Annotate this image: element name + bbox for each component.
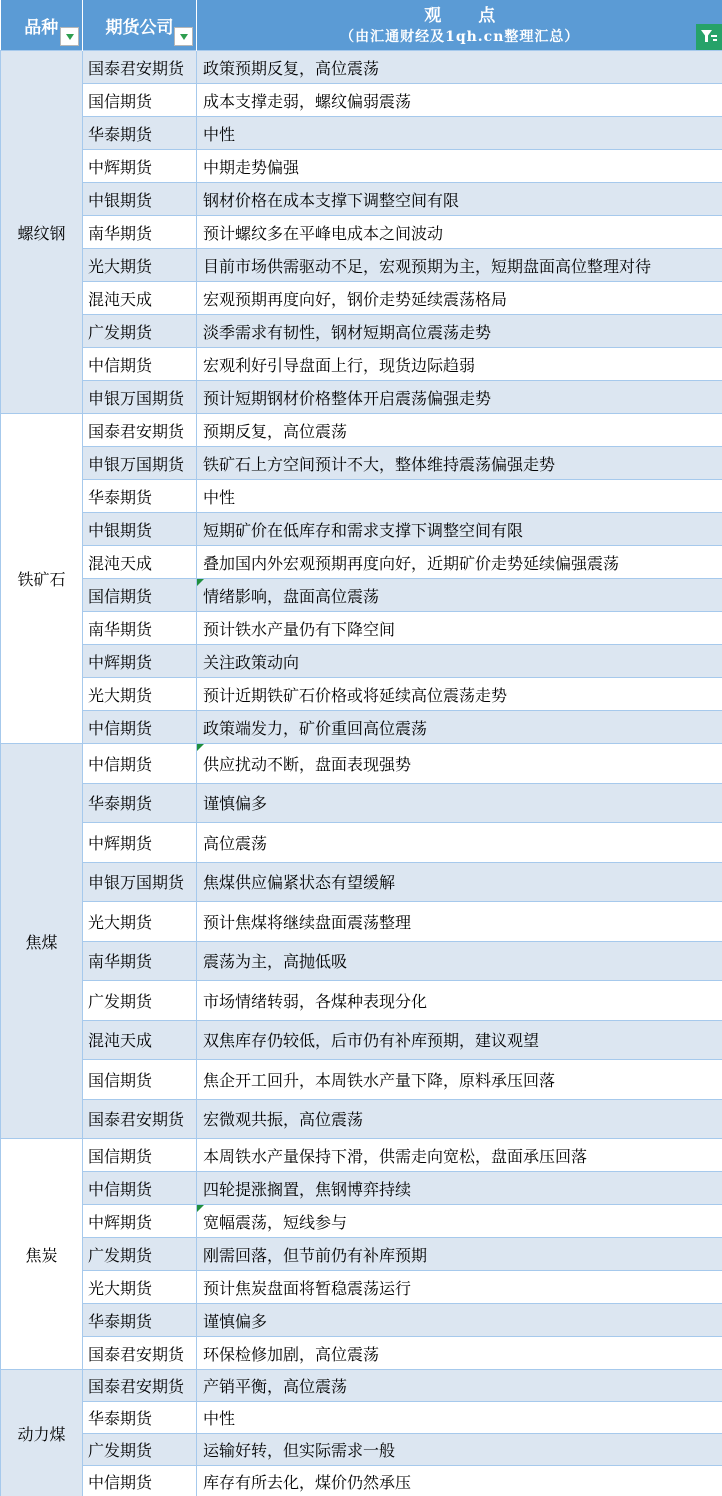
opinion-text: 环保检修加剧，高位震荡 [203,1345,379,1364]
opinion-text: 四轮提涨搁置，焦钢博弈持续 [203,1180,411,1199]
opinion-cell[interactable]: 宏观预期再度向好，钢价走势延续震荡格局 [197,282,722,315]
table-row: 南华期货预计螺纹多在平峰电成本之间波动 [1,216,722,249]
table-row: 中信期货政策端发力，矿价重回高位震荡 [1,711,722,744]
variety-cell[interactable]: 焦炭 [1,1139,83,1370]
table-row: 光大期货预计焦煤将继续盘面震荡整理 [1,902,722,942]
chevron-down-icon [180,34,188,40]
company-name: 中信期货 [88,755,152,774]
table-row: 南华期货震荡为主，高抛低吸 [1,941,722,981]
header-opinion-title: 观 点 [197,5,722,27]
company-cell[interactable]: 申银万国期货 [83,381,197,414]
opinion-cell[interactable]: 本周铁水产量保持下滑，供需走向宽松，盘面承压回落 [197,1139,722,1172]
opinion-text: 双焦库存仍较低，后市仍有补库预期，建议观望 [203,1031,539,1050]
table-row: 广发期货市场情绪转弱，各煤种表现分化 [1,981,722,1021]
variety-cell[interactable]: 铁矿石 [1,414,83,744]
table-row: 中辉期货高位震荡 [1,823,722,863]
table-row: 中信期货库存有所去化，煤价仍然承压 [1,1466,722,1496]
table-row: 华泰期货谨慎偏多 [1,1304,722,1337]
table-row: 混沌天成宏观预期再度向好，钢价走势延续震荡格局 [1,282,722,315]
opinion-text: 宏微观共振，高位震荡 [203,1110,363,1129]
header-opinion-subtitle: （由汇通财经及1qh.cn整理汇总） [197,27,722,47]
company-name: 中辉期货 [88,653,152,672]
opinion-cell[interactable]: 预计短期钢材价格整体开启震荡偏强走势 [197,381,722,414]
company-name: 华泰期货 [88,1409,152,1428]
table-row: 广发期货淡季需求有韧性，钢材短期高位震荡走势 [1,315,722,348]
company-cell[interactable]: 国信期货 [83,84,197,117]
company-cell[interactable]: 中信期货 [83,348,197,381]
table-row: 焦炭国信期货本周铁水产量保持下滑，供需走向宽松，盘面承压回落 [1,1139,722,1172]
company-name: 混沌天成 [88,290,152,309]
table-row: 华泰期货中性 [1,117,722,150]
company-name: 中银期货 [88,191,152,210]
opinion-text: 中性 [203,488,235,507]
opinion-cell[interactable]: 淡季需求有韧性，钢材短期高位震荡走势 [197,315,722,348]
company-cell[interactable]: 华泰期货 [83,1304,197,1337]
company-cell[interactable]: 光大期货 [83,249,197,282]
company-cell[interactable]: 华泰期货 [83,117,197,150]
table-row: 中辉期货关注政策动向 [1,645,722,678]
opinion-text: 关注政策动向 [203,653,299,672]
opinion-cell[interactable]: 叠加国内外宏观预期再度向好，近期矿价走势延续偏强震荡 [197,546,722,579]
table-row: 申银万国期货铁矿石上方空间预计不大，整体维持震荡偏强走势 [1,447,722,480]
opinion-text: 谨慎偏多 [203,794,267,813]
opinion-cell[interactable]: 双焦库存仍较低，后市仍有补库预期，建议观望 [197,1020,722,1060]
opinion-text: 淡季需求有韧性，钢材短期高位震荡走势 [203,323,491,342]
opinion-text: 中性 [203,1409,235,1428]
company-name: 混沌天成 [88,554,152,573]
company-name: 广发期货 [88,1441,152,1460]
company-name: 申银万国期货 [88,389,184,408]
opinion-cell[interactable]: 中性 [197,117,722,150]
opinion-cell[interactable]: 中性 [197,480,722,513]
table-row: 南华期货预计铁水产量仍有下降空间 [1,612,722,645]
company-name: 申银万国期货 [88,455,184,474]
opinion-text: 成本支撑走弱，螺纹偏弱震荡 [203,92,411,111]
opinion-cell[interactable]: 预计近期铁矿石价格或将延续高位震荡走势 [197,678,722,711]
company-cell[interactable]: 南华期货 [83,941,197,981]
opinion-cell[interactable]: 政策预期反复，高位震荡 [197,51,722,84]
opinion-text: 预计铁水产量仍有下降空间 [203,620,395,639]
opinion-cell[interactable]: 关注政策动向 [197,645,722,678]
company-cell[interactable]: 中信期货 [83,711,197,744]
table-row: 中信期货宏观利好引导盘面上行，现货边际趋弱 [1,348,722,381]
opinion-text: 高位震荡 [203,834,267,853]
company-cell[interactable]: 中信期货 [83,744,197,784]
variety-cell[interactable]: 焦煤 [1,744,83,1139]
company-name: 华泰期货 [88,125,152,144]
opinion-text: 市场情绪转弱，各煤种表现分化 [203,992,427,1011]
opinion-text: 情绪影响，盘面高位震荡 [203,587,379,606]
table-row: 华泰期货谨慎偏多 [1,783,722,823]
opinion-text: 预计短期钢材价格整体开启震荡偏强走势 [203,389,491,408]
opinion-text: 中性 [203,125,235,144]
opinion-text: 震荡为主，高抛低吸 [203,952,347,971]
opinion-cell[interactable]: 钢材价格在成本支撑下调整空间有限 [197,183,722,216]
opinion-text: 中期走势偏强 [203,158,299,177]
table-row: 申银万国期货焦煤供应偏紧状态有望缓解 [1,862,722,902]
opinion-text: 叠加国内外宏观预期再度向好，近期矿价走势延续偏强震荡 [203,554,619,573]
opinion-cell[interactable]: 短期矿价在低库存和需求支撑下调整空间有限 [197,513,722,546]
opinion-text: 预计螺纹多在平峰电成本之间波动 [203,224,443,243]
opinion-text: 运输好转，但实际需求一般 [203,1441,395,1460]
company-cell[interactable]: 申银万国期货 [83,862,197,902]
opinion-cell[interactable]: 焦企开工回升，本周铁水产量下降，原料承压回落 [197,1060,722,1100]
opinion-cell[interactable]: 宏观利好引导盘面上行，现货边际趋弱 [197,348,722,381]
opinion-cell[interactable]: 预计焦煤将继续盘面震荡整理 [197,902,722,942]
company-cell[interactable]: 广发期货 [83,1238,197,1271]
opinion-text: 铁矿石上方空间预计不大，整体维持震荡偏强走势 [203,455,555,474]
company-cell[interactable]: 华泰期货 [83,1402,197,1434]
company-name: 申银万国期货 [88,873,184,892]
company-cell[interactable]: 广发期货 [83,1434,197,1466]
opinion-cell[interactable]: 环保检修加剧，高位震荡 [197,1337,722,1370]
company-cell[interactable]: 光大期货 [83,678,197,711]
opinion-cell[interactable]: 目前市场供需驱动不足，宏观预期为主，短期盘面高位整理对待 [197,249,722,282]
opinion-cell[interactable]: 运输好转，但实际需求一般 [197,1434,722,1466]
opinions-table: 品种 期货公司 观 点 （由汇通财经及1qh.cn整理汇总） 螺纹钢国泰君安期货… [0,0,722,1496]
company-cell[interactable]: 混沌天成 [83,282,197,315]
table-row: 混沌天成叠加国内外宏观预期再度向好，近期矿价走势延续偏强震荡 [1,546,722,579]
opinion-cell[interactable]: 谨慎偏多 [197,1304,722,1337]
company-cell[interactable]: 国信期货 [83,1139,197,1172]
table-row: 华泰期货中性 [1,480,722,513]
opinion-cell[interactable]: 政策端发力，矿价重回高位震荡 [197,711,722,744]
company-name: 中信期货 [88,356,152,375]
table-row: 中银期货钢材价格在成本支撑下调整空间有限 [1,183,722,216]
company-name: 国信期货 [88,92,152,111]
table-row: 广发期货运输好转，但实际需求一般 [1,1434,722,1466]
header-company-cell[interactable]: 期货公司 [83,0,197,51]
opinion-text: 预计焦炭盘面将暂稳震荡运行 [203,1279,411,1298]
opinion-cell-with-comment-marker[interactable]: 供应扰动不断，盘面表现强势 [197,744,722,784]
company-cell[interactable]: 中银期货 [83,513,197,546]
variety-cell[interactable]: 螺纹钢 [1,51,83,414]
company-name: 国泰君安期货 [88,59,184,78]
opinion-cell[interactable]: 预计焦炭盘面将暂稳震荡运行 [197,1271,722,1304]
opinion-cell[interactable]: 刚需回落，但节前仍有补库预期 [197,1238,722,1271]
table-row: 国信期货成本支撑走弱，螺纹偏弱震荡 [1,84,722,117]
opinion-text: 焦煤供应偏紧状态有望缓解 [203,873,395,892]
opinion-cell-with-comment-marker[interactable]: 情绪影响，盘面高位震荡 [197,579,722,612]
opinion-text: 谨慎偏多 [203,1312,267,1331]
company-cell[interactable]: 中辉期货 [83,823,197,863]
company-name: 国信期货 [88,587,152,606]
table-row: 混沌天成双焦库存仍较低，后市仍有补库预期，建议观望 [1,1020,722,1060]
opinion-text: 产销平衡，高位震荡 [203,1377,347,1396]
table-row: 中银期货短期矿价在低库存和需求支撑下调整空间有限 [1,513,722,546]
company-cell[interactable]: 申银万国期货 [83,447,197,480]
opinion-cell[interactable]: 预计螺纹多在平峰电成本之间波动 [197,216,722,249]
opinion-text: 政策端发力，矿价重回高位震荡 [203,719,427,738]
table-row: 铁矿石国泰君安期货预期反复，高位震荡 [1,414,722,447]
table-row: 光大期货预计近期铁矿石价格或将延续高位震荡走势 [1,678,722,711]
variety-label: 螺纹钢 [17,224,65,243]
opinion-text: 本周铁水产量保持下滑，供需走向宽松，盘面承压回落 [203,1147,587,1166]
company-name: 光大期货 [88,257,152,276]
table-row: 中辉期货中期走势偏强 [1,150,722,183]
table-row: 中信期货四轮提涨搁置，焦钢博弈持续 [1,1172,722,1205]
table-row: 光大期货目前市场供需驱动不足，宏观预期为主，短期盘面高位整理对待 [1,249,722,282]
company-name: 光大期货 [88,1279,152,1298]
opinion-cell[interactable]: 中期走势偏强 [197,150,722,183]
company-cell[interactable]: 国泰君安期货 [83,414,197,447]
company-cell[interactable]: 南华期货 [83,216,197,249]
company-filter-dropdown-icon[interactable] [174,27,193,46]
futures-opinions-sheet: 品种 期货公司 观 点 （由汇通财经及1qh.cn整理汇总） 螺纹钢国泰君安期货… [0,0,722,1496]
company-cell[interactable]: 广发期货 [83,981,197,1021]
header-variety-label: 品种 [24,18,58,38]
opinion-text: 钢材价格在成本支撑下调整空间有限 [203,191,459,210]
opinion-cell[interactable]: 焦煤供应偏紧状态有望缓解 [197,862,722,902]
table-row: 焦煤中信期货供应扰动不断，盘面表现强势 [1,744,722,784]
table-row: 中辉期货宽幅震荡，短线参与 [1,1205,722,1238]
opinion-text: 宽幅震荡，短线参与 [203,1213,347,1232]
company-cell[interactable]: 光大期货 [83,902,197,942]
company-cell[interactable]: 中信期货 [83,1172,197,1205]
company-name: 南华期货 [88,952,152,971]
company-name: 中银期货 [88,521,152,540]
company-cell[interactable]: 中辉期货 [83,1205,197,1238]
table-row: 光大期货预计焦炭盘面将暂稳震荡运行 [1,1271,722,1304]
table-row: 国泰君安期货环保检修加剧，高位震荡 [1,1337,722,1370]
opinion-cell[interactable]: 铁矿石上方空间预计不大，整体维持震荡偏强走势 [197,447,722,480]
opinion-text: 短期矿价在低库存和需求支撑下调整空间有限 [203,521,523,540]
header-variety-cell[interactable]: 品种 [1,0,83,51]
opinion-cell[interactable]: 产销平衡，高位震荡 [197,1370,722,1402]
header-company-label: 期货公司 [106,18,174,38]
company-cell[interactable]: 中银期货 [83,183,197,216]
company-cell[interactable]: 混沌天成 [83,1020,197,1060]
company-name: 中信期货 [88,1473,152,1492]
company-cell[interactable]: 南华期货 [83,612,197,645]
opinion-text: 宏观利好引导盘面上行，现货边际趋弱 [203,356,475,375]
opinion-text: 刚需回落，但节前仍有补库预期 [203,1246,427,1265]
company-name: 广发期货 [88,992,152,1011]
company-name: 中辉期货 [88,1213,152,1232]
company-name: 光大期货 [88,686,152,705]
variety-label: 焦炭 [25,1246,57,1265]
opinion-text: 预计近期铁矿石价格或将延续高位震荡走势 [203,686,507,705]
company-cell[interactable]: 国泰君安期货 [83,51,197,84]
variety-label: 动力煤 [17,1425,65,1444]
company-name: 南华期货 [88,224,152,243]
company-name: 华泰期货 [88,1312,152,1331]
header-row: 品种 期货公司 观 点 （由汇通财经及1qh.cn整理汇总） [1,0,722,51]
opinion-cell[interactable]: 市场情绪转弱，各煤种表现分化 [197,981,722,1021]
opinion-cell[interactable]: 震荡为主，高抛低吸 [197,941,722,981]
company-name: 广发期货 [88,323,152,342]
opinion-cell[interactable]: 预期反复，高位震荡 [197,414,722,447]
opinion-cell[interactable]: 宏微观共振，高位震荡 [197,1099,722,1139]
company-cell[interactable]: 华泰期货 [83,480,197,513]
opinion-cell[interactable]: 成本支撑走弱，螺纹偏弱震荡 [197,84,722,117]
company-name: 华泰期货 [88,488,152,507]
company-name: 国泰君安期货 [88,422,184,441]
opinion-text: 政策预期反复，高位震荡 [203,59,379,78]
company-name: 南华期货 [88,620,152,639]
variety-filter-dropdown-icon[interactable] [60,27,79,46]
company-cell[interactable]: 国泰君安期货 [83,1337,197,1370]
company-cell[interactable]: 光大期货 [83,1271,197,1304]
table-row: 螺纹钢国泰君安期货政策预期反复，高位震荡 [1,51,722,84]
opinion-text: 库存有所去化，煤价仍然承压 [203,1473,411,1492]
opinion-text: 预计焦煤将继续盘面震荡整理 [203,913,411,932]
company-name: 混沌天成 [88,1031,152,1050]
opinion-text: 供应扰动不断，盘面表现强势 [203,755,411,774]
company-cell[interactable]: 国泰君安期货 [83,1370,197,1402]
company-cell[interactable]: 国信期货 [83,579,197,612]
variety-cell[interactable]: 动力煤 [1,1370,83,1496]
variety-label: 焦煤 [25,933,57,952]
table-row: 国信期货焦企开工回升，本周铁水产量下降，原料承压回落 [1,1060,722,1100]
company-name: 广发期货 [88,1246,152,1265]
company-cell[interactable]: 广发期货 [83,315,197,348]
company-name: 国信期货 [88,1147,152,1166]
filter-funnel-icon[interactable] [696,24,722,50]
opinion-cell[interactable]: 中性 [197,1402,722,1434]
opinion-cell[interactable]: 谨慎偏多 [197,783,722,823]
table-row: 动力煤国泰君安期货产销平衡，高位震荡 [1,1370,722,1402]
company-cell[interactable]: 混沌天成 [83,546,197,579]
company-name: 国泰君安期货 [88,1377,184,1396]
opinion-cell[interactable]: 库存有所去化，煤价仍然承压 [197,1466,722,1496]
company-name: 中辉期货 [88,834,152,853]
opinion-cell[interactable]: 预计铁水产量仍有下降空间 [197,612,722,645]
company-name: 中信期货 [88,1180,152,1199]
table-row: 国信期货情绪影响，盘面高位震荡 [1,579,722,612]
company-cell[interactable]: 国泰君安期货 [83,1099,197,1139]
company-name: 中辉期货 [88,158,152,177]
table-row: 华泰期货中性 [1,1402,722,1434]
opinion-cell[interactable]: 高位震荡 [197,823,722,863]
opinion-text: 预期反复，高位震荡 [203,422,347,441]
company-name: 国泰君安期货 [88,1345,184,1364]
company-cell[interactable]: 国信期货 [83,1060,197,1100]
table-row: 国泰君安期货宏微观共振，高位震荡 [1,1099,722,1139]
company-name: 国信期货 [88,1071,152,1090]
company-cell[interactable]: 中辉期货 [83,150,197,183]
table-body: 螺纹钢国泰君安期货政策预期反复，高位震荡国信期货成本支撑走弱，螺纹偏弱震荡华泰期… [1,51,722,1496]
company-name: 中信期货 [88,719,152,738]
company-name: 华泰期货 [88,794,152,813]
chevron-down-icon [66,34,74,40]
opinion-text: 目前市场供需驱动不足，宏观预期为主，短期盘面高位整理对待 [203,257,651,276]
opinion-text: 宏观预期再度向好，钢价走势延续震荡格局 [203,290,507,309]
company-name: 国泰君安期货 [88,1110,184,1129]
variety-label: 铁矿石 [17,570,65,589]
table-row: 申银万国期货预计短期钢材价格整体开启震荡偏强走势 [1,381,722,414]
company-name: 光大期货 [88,913,152,932]
opinion-cell[interactable]: 四轮提涨搁置，焦钢博弈持续 [197,1172,722,1205]
opinion-text: 焦企开工回升，本周铁水产量下降，原料承压回落 [203,1071,555,1090]
header-opinion-cell[interactable]: 观 点 （由汇通财经及1qh.cn整理汇总） [197,0,722,51]
table-row: 广发期货刚需回落，但节前仍有补库预期 [1,1238,722,1271]
company-cell[interactable]: 华泰期货 [83,783,197,823]
company-cell[interactable]: 中信期货 [83,1466,197,1496]
company-cell[interactable]: 中辉期货 [83,645,197,678]
opinion-cell-with-comment-marker[interactable]: 宽幅震荡，短线参与 [197,1205,722,1238]
